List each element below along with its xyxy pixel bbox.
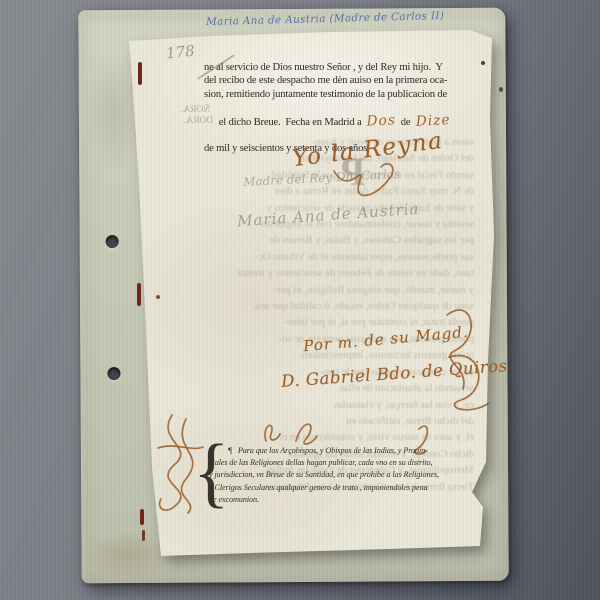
photo-stage: ssion a Don Antonio de Seuil y Saun- del…	[0, 0, 600, 600]
summary-line: de excomunion.	[209, 493, 439, 505]
summary-line: y jurisdiccion, vn Breue de su Santidad,…	[209, 468, 439, 480]
red-ink-mark-bottom	[140, 509, 144, 525]
showthrough-line: y nueue, mandò, que ninguna Religion, ni…	[152, 282, 474, 298]
showthrough-line: tauo, dado en veinte de Febrero de seisc…	[152, 265, 474, 281]
printed-line: ne al servicio de Dios nuestro Señor , y…	[204, 61, 455, 74]
summary-line: ¶ Para que los Arçobispos, y Obispos de …	[228, 444, 439, 456]
paper-edge-speck-1	[481, 61, 485, 65]
printed-date-start: el dicho Breue. Fecha en Madrid a	[219, 116, 362, 128]
showthrough-line: de N. muy Santo Padre, dadas en Roma a d…	[152, 183, 474, 199]
showthrough-line: por los sagrados Canones, y Bulas, y Bre…	[152, 232, 474, 248]
red-ink-mark-middle	[137, 283, 141, 306]
summary-line: ciales de las Religiones dellas hagan pu…	[209, 456, 439, 468]
pencil-inventory-mark: 178	[165, 42, 195, 63]
showthrough-line: del dicho Breue, ratificado en	[152, 413, 474, 429]
printed-date-mid: de	[401, 116, 411, 128]
showthrough-line: sus predecessores, especialmente el de V…	[152, 249, 474, 265]
showthrough-line: sona de qualquier Orden, estado, ò calid…	[152, 298, 474, 314]
board-edge-speck	[499, 87, 503, 92]
handwritten-date-day: Dos	[366, 114, 396, 129]
red-ink-mark-top	[138, 62, 142, 85]
printed-line: sion, remitiendo juntamente testimonio d…	[204, 88, 455, 101]
summary-line: y Clerigos Seculares qualquier genero de…	[209, 481, 439, 493]
printed-line: del recibo de este despacho me dèn auiso…	[204, 74, 455, 87]
ink-speck	[156, 295, 160, 299]
printed-summary: ¶ Para que los Arçobispos, y Obispos de …	[209, 444, 439, 505]
showthrough-line: ce, y con las fuerças, y clausulas	[152, 397, 474, 413]
red-ink-mark-bottom-2	[142, 530, 145, 541]
handwritten-date-month: Dize	[415, 114, 450, 129]
